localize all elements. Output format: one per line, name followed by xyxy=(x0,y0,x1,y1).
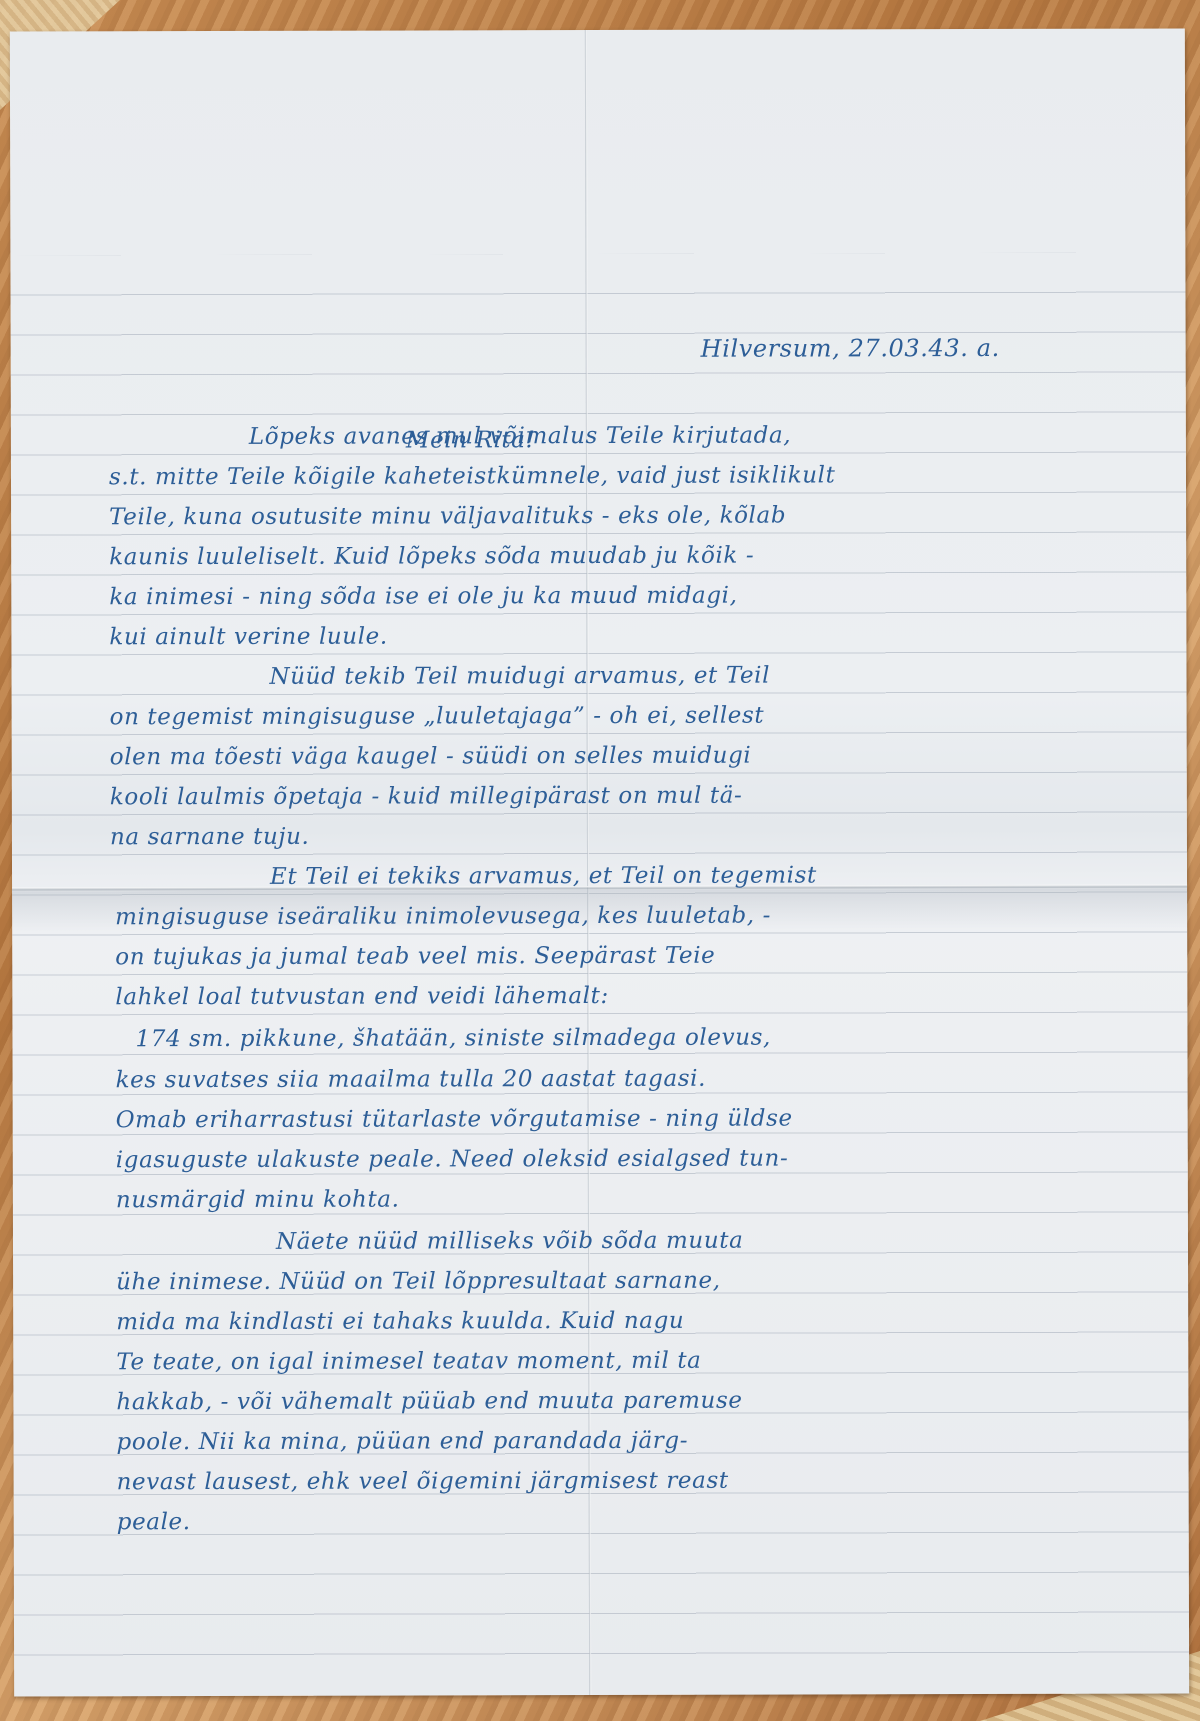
letter-line: kes suvatses siia maailma tulla 20 aasta… xyxy=(116,1066,707,1094)
letter-line: na sarnane tuju. xyxy=(110,824,310,851)
letter-dateline: Hilversum, 27.03.43. a. xyxy=(701,334,1000,363)
letter-line: Lõpeks avanes mul võimalus Teile kirjuta… xyxy=(249,422,791,449)
letter-line: Et Teil ei tekiks arvamus, et Teil on te… xyxy=(270,862,817,889)
letter-line: mida ma kindlasti ei tahaks kuulda. Kuid… xyxy=(116,1308,684,1335)
letter-line: kooli laulmis õpetaja - kuid millegipära… xyxy=(110,783,743,811)
letter-line: Omab eriharrastusi tütarlaste võrgutamis… xyxy=(116,1105,793,1133)
letter-line: poole. Nii ka mina, püüan end parandada … xyxy=(116,1428,688,1455)
letter-line: nevast lausest, ehk veel õigemini järgmi… xyxy=(117,1468,729,1496)
letter-line: hakkab, - või vähemalt püüab end muuta p… xyxy=(116,1388,742,1416)
letter-line: Nüüd tekib Teil muidugi arvamus, et Teil xyxy=(269,663,770,690)
letter-line: nusmärgid minu kohta. xyxy=(116,1187,400,1214)
letter-line: 174 sm. pikkune, šhatään, siniste silmad… xyxy=(135,1025,771,1053)
letter-line: kaunis luuleliselt. Kuid lõpeks sõda muu… xyxy=(109,543,754,571)
letter-line: mingisuguse iseäraliku inimolevusega, ke… xyxy=(115,903,771,931)
letter-line: Näete nüüd milliseks võib sõda muuta xyxy=(276,1228,743,1255)
letter-line: on tegemist mingisuguse „luuletajaga” - … xyxy=(110,703,765,731)
letter-paper: Hilversum, 27.03.43. a. Mein Rita! Lõpek… xyxy=(10,28,1189,1696)
letter-line: ka inimesi - ning sõda ise ei ole ju ka … xyxy=(109,583,737,611)
letter-line: Te teate, on igal inimesel teatav moment… xyxy=(116,1348,701,1376)
letter-line: kui ainult verine luule. xyxy=(109,624,387,651)
letter-line: peale. xyxy=(117,1509,191,1535)
letter-line: olen ma tõesti väga kaugel - süüdi on se… xyxy=(110,743,752,771)
letter-line: s.t. mitte Teile kõigile kaheteistkümnel… xyxy=(109,462,836,490)
letter-line: lahkel loal tutvustan end veidi lähemalt… xyxy=(115,983,609,1010)
letter-line: on tujukas ja jumal teab veel mis. Seepä… xyxy=(115,943,715,971)
letter-line: Teile, kuna osutusite minu väljavalituks… xyxy=(109,503,786,531)
letter-line: ühe inimese. Nüüd on Teil lõppresultaat … xyxy=(116,1268,721,1296)
letter-line: igasuguste ulakuste peale. Need oleksid … xyxy=(116,1146,789,1174)
